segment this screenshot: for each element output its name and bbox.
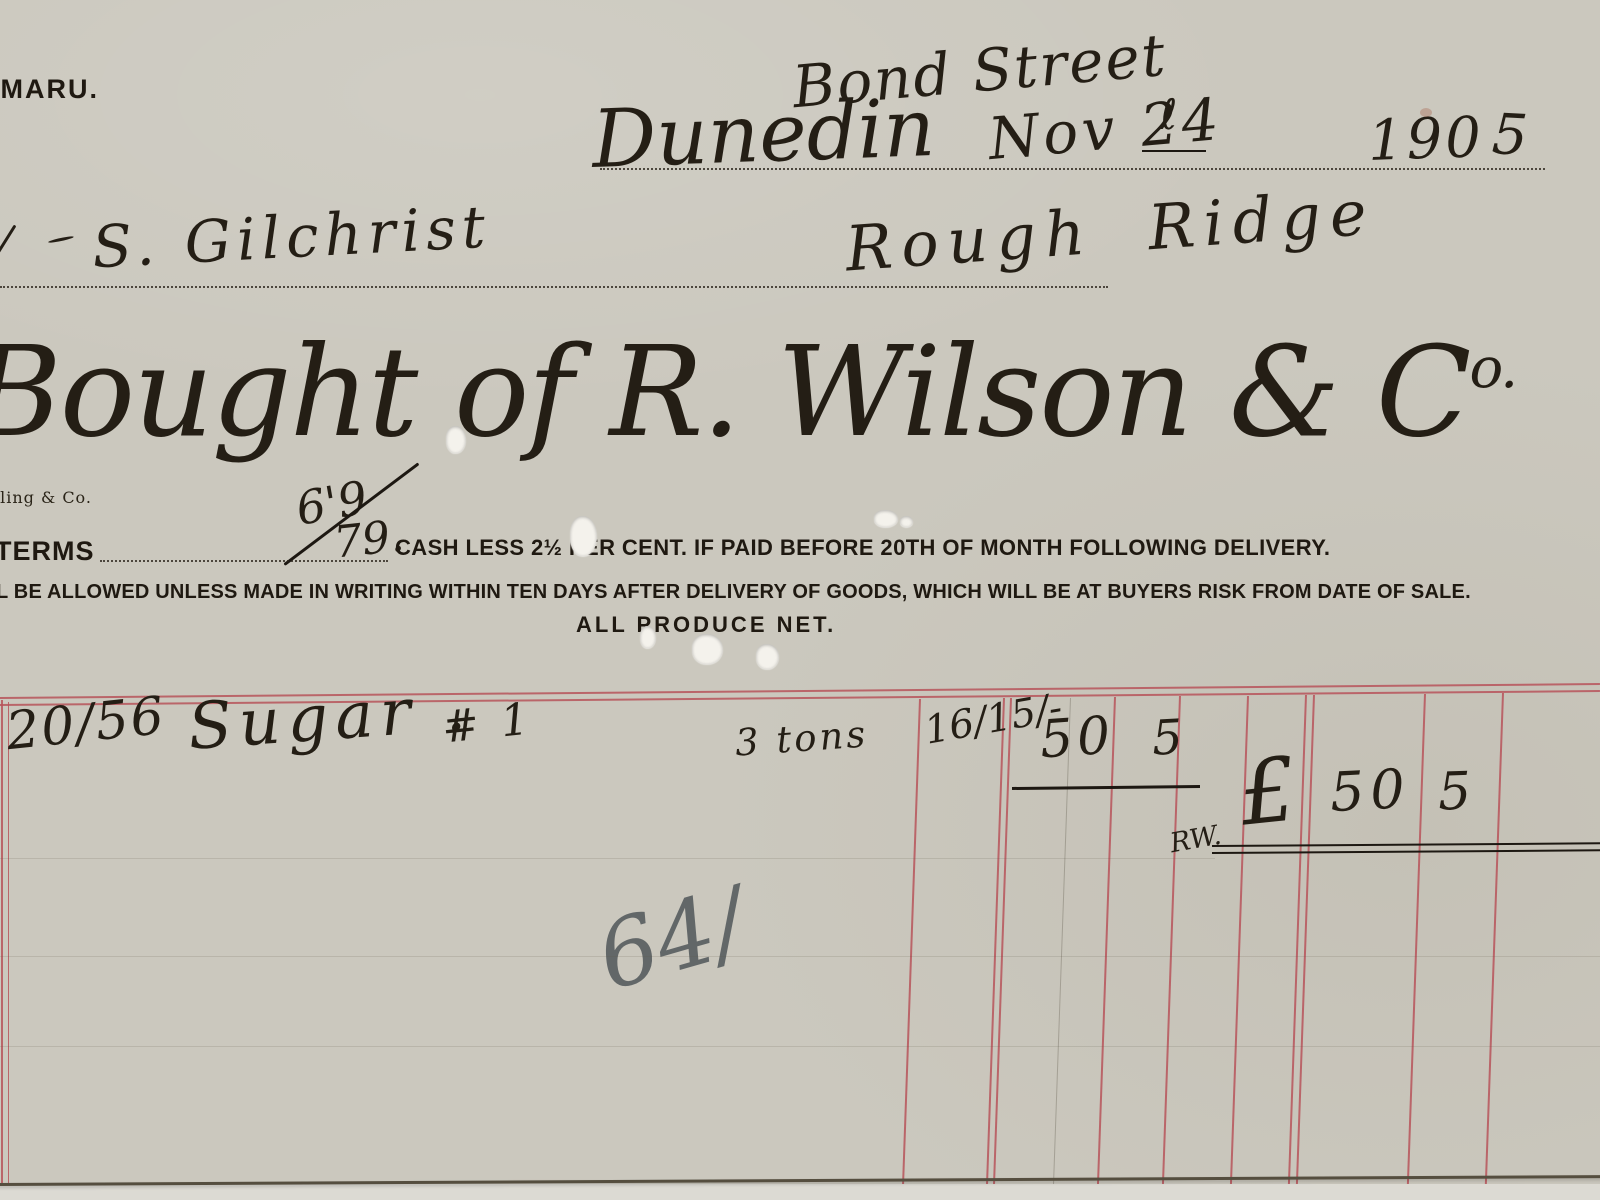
printer-credit-label: lling & Co.	[0, 488, 92, 507]
date-ordinal-handwriting: ℓ	[1160, 94, 1177, 136]
item-ref-handwriting: 20/56	[4, 690, 168, 758]
ledger-column-rule	[1485, 693, 1504, 1186]
paper-crease	[0, 1046, 1600, 1047]
bought-of-script-heading: Bought of R. Wilson & Co.	[0, 330, 1516, 455]
city-script-label: Dunedin	[591, 88, 936, 180]
claims-terms-label: L BE ALLOWED UNLESS MADE IN WRITING WITH…	[0, 582, 1471, 602]
office-name-partial-label: IMARU.	[0, 76, 99, 103]
paper-crease	[0, 956, 1600, 957]
ledger-left-rule-1	[1, 700, 3, 1186]
item-amount-underline	[1012, 785, 1200, 790]
item-grade-handwriting: # 1	[440, 697, 535, 750]
produce-net-label: ALL PRODUCE NET.	[576, 614, 836, 636]
ledger-column-rule	[1097, 697, 1116, 1186]
total-shillings-handwriting: 5	[1437, 765, 1472, 818]
item-description-handwriting: Sugar .	[186, 676, 474, 760]
paper-crease	[0, 858, 1215, 859]
ledger-column-rule	[1162, 696, 1181, 1186]
customer-prefix-stroke-2	[48, 235, 74, 243]
paper-hole	[446, 426, 466, 453]
paper-hole	[900, 516, 913, 527]
terms-label: TERMS	[0, 538, 95, 565]
year-printed-label: 190	[1367, 110, 1485, 170]
customer-location-handwriting: Rough Ridge	[843, 182, 1377, 281]
cash-terms-label: CASH LESS 2½ PER CENT. IF PAID BEFORE 20…	[395, 537, 1330, 559]
bought-of-text: Bought of R. Wilson & C	[0, 320, 1469, 465]
total-currency-handwriting: £	[1236, 745, 1301, 838]
paper-hole	[692, 634, 723, 664]
paper-stain	[1420, 108, 1432, 117]
invoice-paper: IMARU. Bond Street Dunedin Nov 24 ℓ 190 …	[0, 0, 1600, 1186]
paper-hole	[640, 626, 656, 648]
ledger-column-rule	[1296, 695, 1315, 1186]
total-pounds-handwriting: 50	[1329, 762, 1412, 820]
item-amount-pounds-handwriting: 50	[1038, 709, 1116, 766]
pencil-annotation: 64/	[588, 875, 756, 1004]
bought-of-superscript: o.	[1469, 336, 1516, 401]
terms-leader-rule	[100, 560, 388, 562]
item-amount-shillings-handwriting: 5	[1151, 713, 1184, 763]
paper-hole	[570, 516, 597, 556]
backing-surface	[0, 1184, 1600, 1200]
customer-name-handwriting: S. Gilchrist	[91, 198, 493, 277]
customer-prefix-stroke	[0, 225, 16, 264]
date-day-handwriting: Nov 24	[986, 90, 1225, 168]
customer-line-rule	[0, 286, 1108, 288]
total-double-rule-2	[1212, 849, 1600, 854]
year-handwritten-digit: 5	[1491, 107, 1530, 165]
ledger-column-rule	[902, 699, 921, 1186]
paper-hole	[756, 644, 779, 669]
ledger-left-rule-2	[8, 702, 10, 1186]
paper-hole	[874, 510, 898, 527]
item-quantity-handwriting: 3 tons	[734, 715, 870, 761]
ledger-column-rule	[1407, 694, 1426, 1186]
paper-fold-line	[1053, 698, 1071, 1186]
date-ordinal-underline	[1142, 150, 1206, 152]
scanned-invoice: IMARU. Bond Street Dunedin Nov 24 ℓ 190 …	[0, 0, 1600, 1200]
